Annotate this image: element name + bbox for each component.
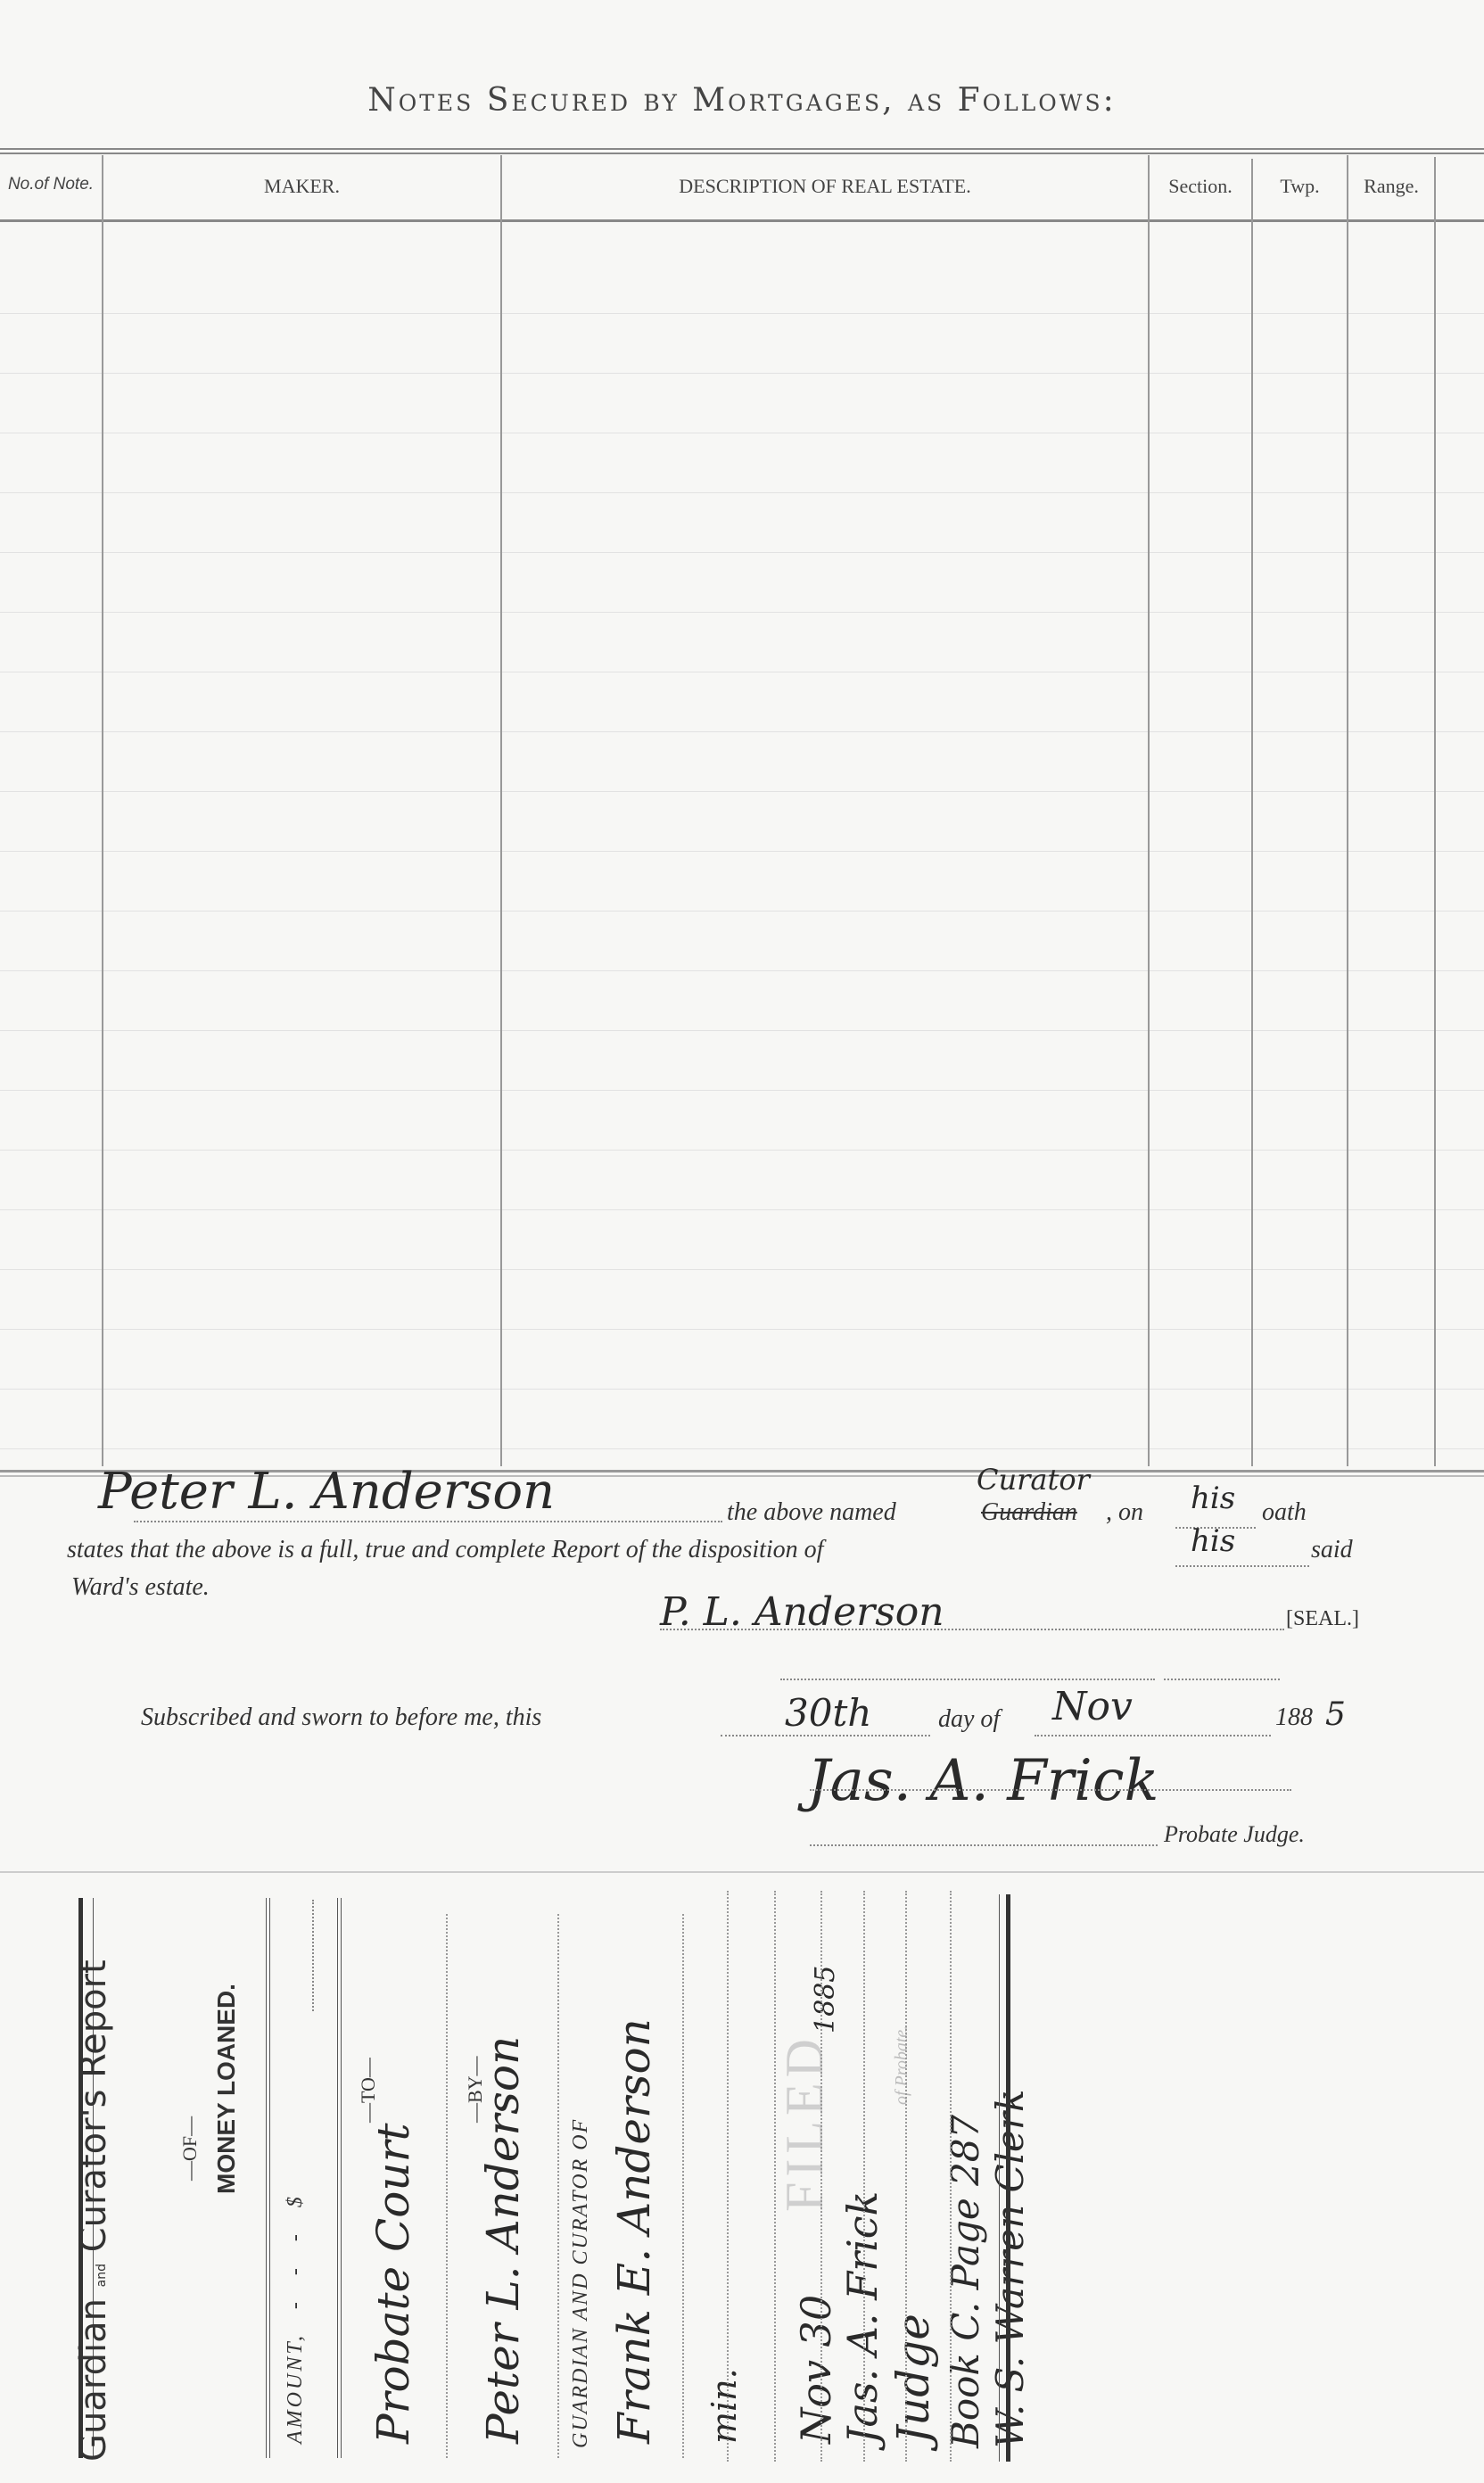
day-of-text: day of <box>938 1705 1000 1734</box>
col-header-range: Range. <box>1348 175 1434 198</box>
header-bottom-rule <box>0 219 1484 222</box>
docket-subtitle: MONEY LOANED. <box>212 1984 241 2194</box>
to-handwritten: Probate Court <box>367 2123 419 2444</box>
day-handwritten: 30th <box>785 1691 871 1735</box>
page-title: Notes Secured by Mortgages, as Follows: <box>0 82 1484 119</box>
above-named-text: the above named <box>727 1498 896 1527</box>
role-handwritten: Curator <box>977 1463 1090 1497</box>
of-probate: of Probate. <box>892 2025 912 2105</box>
filed-stamp: FILED <box>774 2033 836 2212</box>
docket-title: Guardian and Curator's Report <box>73 1891 114 2462</box>
docket-border-right <box>1006 1894 1010 2462</box>
col-divider-4 <box>1251 159 1253 1466</box>
col-divider-3 <box>1148 155 1150 1466</box>
oath-text: oath <box>1262 1498 1307 1527</box>
year-printed: 188 <box>1275 1703 1313 1732</box>
docket-of: —OF— <box>178 2116 202 2181</box>
on-text: , on <box>1106 1498 1143 1527</box>
table-top-rule-2 <box>0 153 1484 154</box>
jurat-text: Subscribed and sworn to before me, this <box>141 1703 541 1732</box>
table-top-rule <box>0 148 1484 150</box>
pronoun-1-handwritten: his <box>1191 1481 1235 1516</box>
role-printed-struck: Guardian <box>981 1498 1077 1527</box>
month-handwritten: Nov <box>1052 1684 1133 1729</box>
col-header-description: DESCRIPTION OF REAL ESTATE. <box>502 175 1148 198</box>
judge-title: Probate Judge. <box>1164 1821 1305 1848</box>
to-label: —TO— <box>357 2058 380 2123</box>
pronoun-2-handwritten: his <box>1191 1523 1235 1559</box>
signer-handwritten: Peter L. Anderson <box>98 1463 555 1521</box>
amount-label: AMOUNT, - - - $ <box>284 2194 308 2444</box>
seal-text: [SEAL.] <box>1286 1607 1359 1631</box>
said-text: said <box>1311 1536 1353 1564</box>
col-divider-5 <box>1347 155 1348 1466</box>
docket-title-and: and <box>95 2264 109 2287</box>
ward-handwritten: Frank E. Anderson <box>608 2018 660 2444</box>
docket-title-guardian: Guardian <box>73 2298 114 2462</box>
docket-title-curators-report: Curator's Report <box>73 1959 114 2252</box>
filed-date-handwritten: Nov 30 <box>792 2295 840 2444</box>
col-divider-2 <box>500 155 502 1466</box>
affidavit-line-3: Ward's estate. <box>71 1573 210 1602</box>
year-handwritten: 5 <box>1325 1696 1346 1733</box>
col-header-twp: Twp. <box>1253 175 1347 198</box>
affidavit-line-2: states that the above is a full, true an… <box>67 1536 823 1564</box>
guardian-curator-label: GUARDIAN AND CURATOR OF <box>569 2118 593 2448</box>
by-handwritten: Peter L. Anderson <box>477 2036 529 2444</box>
filed-year-handwritten: 1885 <box>810 1966 841 2033</box>
filed-by-handwritten: Jas. A. Frick <box>838 2191 886 2444</box>
col-header-section: Section. <box>1150 175 1251 198</box>
judge-handwritten: Judge <box>887 2314 939 2444</box>
minor-handwritten: min. <box>705 2368 744 2444</box>
col-header-maker: MAKER. <box>103 175 500 198</box>
fold-line <box>0 1871 1484 1873</box>
judge-signature: Jas. A. Frick <box>807 1748 1158 1814</box>
col-divider-1 <box>102 155 103 1466</box>
col-divider-6 <box>1434 157 1436 1466</box>
col-header-no-of-note: No.of Note. <box>0 175 102 194</box>
